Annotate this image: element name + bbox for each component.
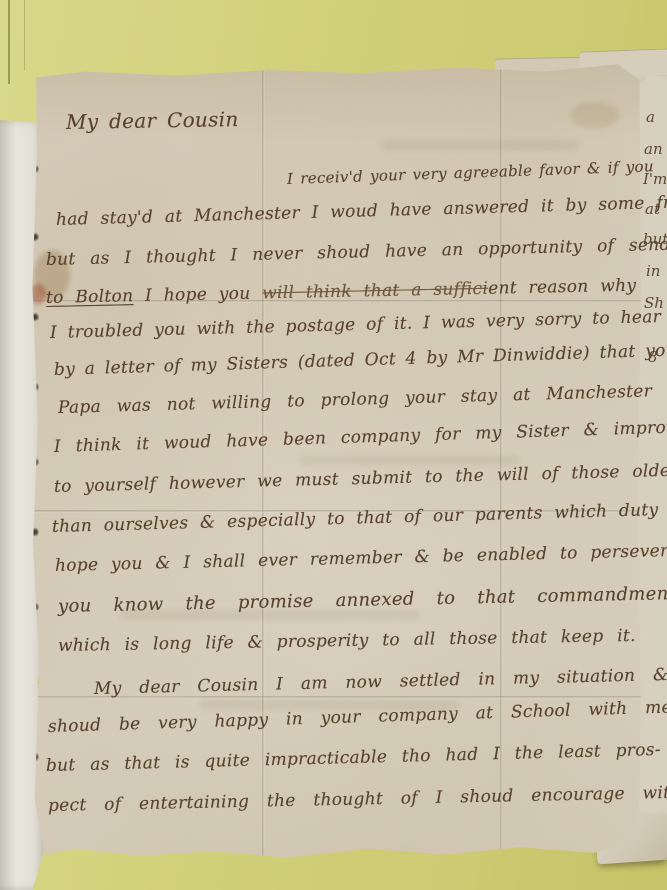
underlined-words: to Bolton (46, 286, 134, 308)
adjacent-page-text-fragment: an (644, 140, 667, 158)
backdrop-crease (24, 0, 25, 70)
letter-photo: My dear Cousin I receiv'd your very agre… (0, 0, 667, 890)
fold-crease-vertical (262, 62, 265, 864)
adjacent-page-text-fragment: a (646, 108, 667, 126)
ink-showthrough (380, 140, 580, 150)
plain-words: I hope you (133, 283, 262, 306)
plain-words: ent reason why (488, 276, 637, 299)
letter-salutation: My dear Cousin (66, 107, 239, 134)
adjacent-page-text-fragment: in (646, 262, 667, 280)
paper-stain (570, 102, 620, 128)
backdrop-crease (8, 0, 10, 84)
ink-showthrough (300, 455, 520, 465)
